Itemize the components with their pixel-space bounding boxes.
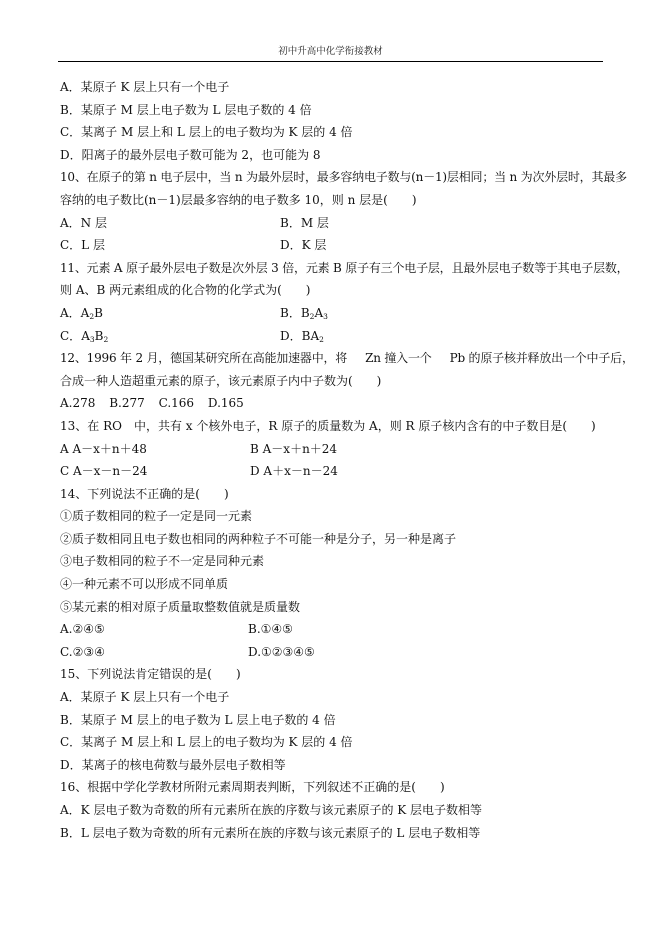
formula-subscript: 2: [103, 335, 108, 344]
formula-part: B: [94, 306, 103, 320]
q10-option-d: D．K 层: [280, 234, 580, 257]
q11-stem-line1: 11、元素 A 原子最外层电子数是次外层 3 倍，元素 B 原子有三个电子层，且…: [60, 257, 620, 280]
q12-option-d: D.165: [208, 396, 244, 410]
q16-option-a: A．K 层电子数为奇数的所有元素所在族的序数与该元素原子的 K 层电子数相等: [60, 799, 620, 822]
q10-option-c: C．L 层: [60, 234, 280, 257]
q14-statement-1: ①质子数相同的粒子一定是同一元素: [60, 505, 620, 528]
document-body: A．某原子 K 层上只有一个电子 B．某原子 M 层上电子数为 L 层电子数的 …: [60, 76, 620, 844]
q12-text-c: Pb 的原子核并释放出一个中子后，: [450, 351, 634, 365]
q14-option-a: A.②④⑤: [60, 618, 248, 641]
q13-options-row1: A A－x＋n＋48 B A－x＋n＋24: [60, 438, 620, 461]
q9-option-c: C．某离子 M 层上和 L 层上的电子数均为 K 层的 4 倍: [60, 121, 620, 144]
q11-options-row2: C．A3B2 D．BA2: [60, 325, 620, 348]
q13-option-b: B A－x＋n＋24: [250, 438, 550, 461]
q12-text-b: Zn 撞入一个: [365, 351, 431, 365]
q13-option-d: D A＋x－n－24: [250, 460, 550, 483]
q13-stem: 13、在 RO中，共有 x 个核外电子，R 原子的质量数为 A，则 R 原子核内…: [60, 415, 620, 438]
q14-options-row1: A.②④⑤ B.①④⑤: [60, 618, 620, 641]
q14-statement-5: ⑤某元素的相对原子质量取整数值就是质量数: [60, 596, 620, 619]
q14-option-b: B.①④⑤: [248, 618, 548, 641]
q13-option-c: C A－x－n－24: [60, 460, 250, 483]
q12-options: A.278 B.277 C.166 D.165: [60, 392, 620, 415]
q11-option-c: C．A3B2: [60, 325, 280, 348]
formula-subscript: 3: [323, 312, 328, 321]
q16-option-b: B．L 层电子数为奇数的所有元素所在族的序数与该元素原子的 L 层电子数相等: [60, 822, 620, 845]
q12-stem-line2: 合成一种人造超重元素的原子，该元素原子内中子数为( ): [60, 370, 620, 393]
q14-option-d: D.①②③④⑤: [248, 641, 548, 664]
q10-option-a: A．N 层: [60, 212, 280, 235]
q14-option-c: C.②③④: [60, 641, 248, 664]
q10-option-b: B．M 层: [280, 212, 580, 235]
option-label: D．: [280, 329, 302, 343]
formula-part: A: [81, 329, 90, 343]
q12-option-a: A.278: [60, 396, 95, 410]
q13-option-a: A A－x＋n＋48: [60, 438, 250, 461]
q14-statement-4: ④一种元素不可以形成不同单质: [60, 573, 620, 596]
formula-part: A: [314, 306, 323, 320]
q11-option-a: A．A2B: [60, 302, 280, 325]
option-label: C．: [60, 329, 81, 343]
formula-subscript: 2: [319, 335, 324, 344]
page-header: 初中升高中化学衔接教材: [58, 45, 603, 62]
q14-statement-3: ③电子数相同的粒子不一定是同种元素: [60, 550, 620, 573]
q12-option-b: B.277: [109, 396, 145, 410]
q12-text-a: 12、1996 年 2 月，德国某研究所在高能加速器中，将: [60, 351, 347, 365]
q9-option-b: B．某原子 M 层上电子数为 L 层电子数的 4 倍: [60, 99, 620, 122]
formula-part: BA: [302, 329, 319, 343]
q16-stem: 16、根据中学化学教材所附元素周期表判断，下列叙述不正确的是( ): [60, 776, 620, 799]
q14-stem: 14、下列说法不正确的是( ): [60, 483, 620, 506]
q15-option-d: D．某离子的核电荷数与最外层电子数相等: [60, 754, 620, 777]
q10-options-row1: A．N 层 B．M 层: [60, 212, 620, 235]
header-title: 初中升高中化学衔接教材: [278, 46, 383, 57]
option-label: B．: [280, 306, 301, 320]
q11-option-b: B．B2A3: [280, 302, 580, 325]
q15-option-a: A．某原子 K 层上只有一个电子: [60, 686, 620, 709]
q10-stem-line1: 10、在原子的第 n 电子层中，当 n 为最外层时，最多容纳电子数与(n－1)层…: [60, 166, 620, 189]
q10-stem-line2: 容纳的电子数比(n－1)层最多容纳的电子数多 10，则 n 层是( ): [60, 189, 620, 212]
q11-options-row1: A．A2B B．B2A3: [60, 302, 620, 325]
q13-options-row2: C A－x－n－24 D A＋x－n－24: [60, 460, 620, 483]
q10-options-row2: C．L 层 D．K 层: [60, 234, 620, 257]
q11-option-d: D．BA2: [280, 325, 580, 348]
q9-option-d: D．阳离子的最外层电子数可能为 2，也可能为 8: [60, 144, 620, 167]
q9-option-a: A．某原子 K 层上只有一个电子: [60, 76, 620, 99]
q11-stem-line2: 则 A、B 两元素组成的化合物的化学式为( ): [60, 279, 620, 302]
q15-option-b: B．某原子 M 层上的电子数为 L 层上电子数的 4 倍: [60, 709, 620, 732]
q15-option-c: C．某离子 M 层上和 L 层上的电子数均为 K 层的 4 倍: [60, 731, 620, 754]
q14-options-row2: C.②③④ D.①②③④⑤: [60, 641, 620, 664]
q12-stem-line1: 12、1996 年 2 月，德国某研究所在高能加速器中，将Zn 撞入一个Pb 的…: [60, 347, 620, 370]
option-label: A．: [60, 306, 81, 320]
q13-text-b: 中，共有 x 个核外电子，R 原子的质量数为 A，则 R 原子核内含有的中子数目…: [134, 419, 596, 433]
q14-statement-2: ②质子数相同且电子数也相同的两种粒子不可能一种是分子，另一种是离子: [60, 528, 620, 551]
q13-text-a: 13、在 RO: [60, 419, 122, 433]
q15-stem: 15、下列说法肯定错误的是( ): [60, 663, 620, 686]
formula-part: B: [301, 306, 310, 320]
q12-option-c: C.166: [159, 396, 194, 410]
